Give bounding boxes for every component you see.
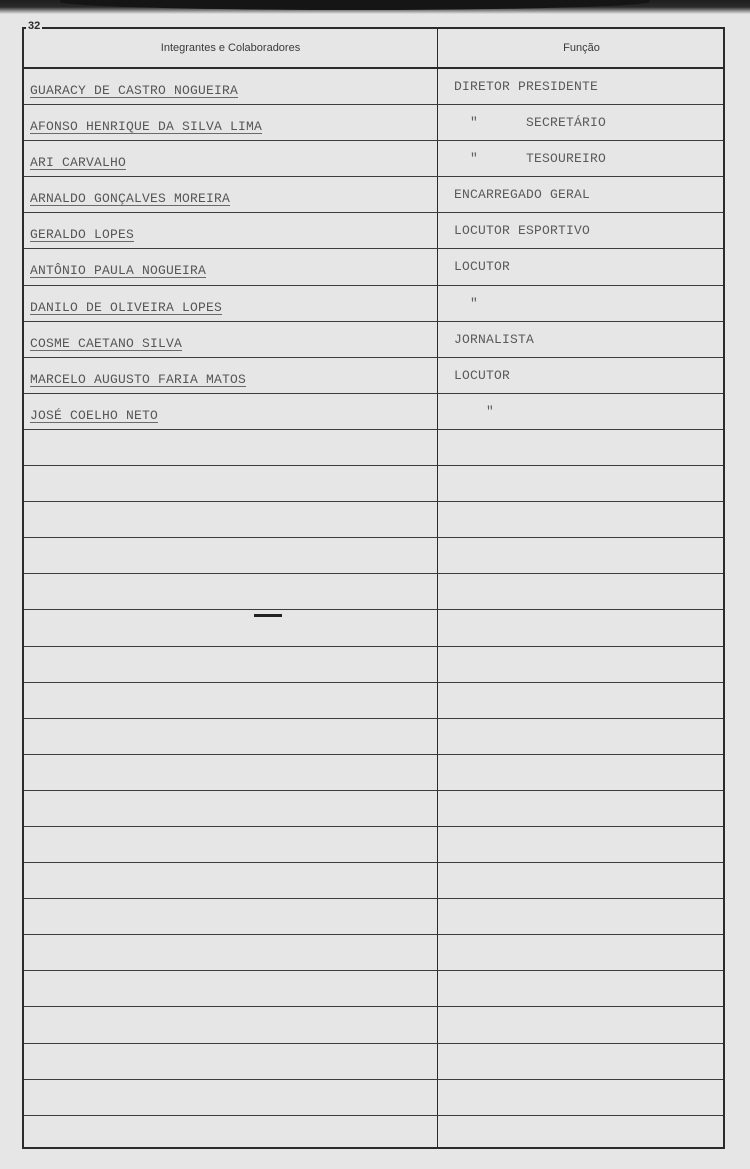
member-name: DANILO DE OLIVEIRA LOPES [30, 300, 222, 315]
table-row [24, 538, 723, 574]
table-row: GUARACY DE CASTRO NOGUEIRADIRETOR PRESID… [24, 69, 723, 105]
table-row [24, 719, 723, 755]
table-row [24, 863, 723, 899]
member-name: ANTÔNIO PAULA NOGUEIRA [30, 263, 206, 278]
member-function: DIRETOR PRESIDENTE [454, 79, 598, 94]
table-row: DANILO DE OLIVEIRA LOPES " [24, 286, 723, 322]
table-header: Integrantes e Colaboradores Função [24, 29, 723, 69]
table-row [24, 574, 723, 610]
table-row [24, 683, 723, 719]
table-row: GERALDO LOPESLOCUTOR ESPORTIVO [24, 213, 723, 249]
table-row: ANTÔNIO PAULA NOGUEIRALOCUTOR [24, 249, 723, 285]
table-row [24, 935, 723, 971]
member-name: MARCELO AUGUSTO FARIA MATOS [30, 372, 246, 387]
member-function: " [454, 404, 494, 419]
table-row [24, 610, 723, 646]
member-function: " [454, 296, 478, 311]
member-function: " SECRETÁRIO [454, 115, 606, 130]
member-function: LOCUTOR [454, 259, 510, 274]
table-row [24, 971, 723, 1007]
table-row: COSME CAETANO SILVAJORNALISTA [24, 322, 723, 358]
table-row [24, 791, 723, 827]
table-row: ARNALDO GONÇALVES MOREIRAENCARREGADO GER… [24, 177, 723, 213]
header-funcao: Função [438, 42, 725, 54]
table-row [24, 466, 723, 502]
table-row: JOSÉ COELHO NETO " [24, 394, 723, 430]
table-row [24, 1080, 723, 1116]
table-row [24, 647, 723, 683]
member-name: GUARACY DE CASTRO NOGUEIRA [30, 83, 238, 98]
table-row: ARI CARVALHO " TESOUREIRO [24, 141, 723, 177]
table-row [24, 827, 723, 863]
table-row [24, 1116, 723, 1152]
table-body: GUARACY DE CASTRO NOGUEIRADIRETOR PRESID… [24, 69, 723, 1152]
ink-mark [254, 614, 282, 617]
member-function: LOCUTOR ESPORTIVO [454, 223, 590, 238]
member-name: GERALDO LOPES [30, 227, 134, 242]
table-row [24, 755, 723, 791]
header-integrantes: Integrantes e Colaboradores [24, 42, 437, 54]
table-row: MARCELO AUGUSTO FARIA MATOSLOCUTOR [24, 358, 723, 394]
table-row: AFONSO HENRIQUE DA SILVA LIMA " SECRETÁR… [24, 105, 723, 141]
table-row [24, 899, 723, 935]
member-name: ARI CARVALHO [30, 155, 126, 170]
table-row [24, 1044, 723, 1080]
members-table: Integrantes e Colaboradores Função GUARA… [22, 27, 725, 1149]
table-row [24, 430, 723, 466]
scan-top-shadow [0, 0, 750, 14]
member-name: AFONSO HENRIQUE DA SILVA LIMA [30, 119, 262, 134]
member-function: JORNALISTA [454, 332, 534, 347]
member-name: ARNALDO GONÇALVES MOREIRA [30, 191, 230, 206]
member-function: ENCARREGADO GERAL [454, 187, 590, 202]
member-name: COSME CAETANO SILVA [30, 336, 182, 351]
member-function: LOCUTOR [454, 368, 510, 383]
table-row [24, 502, 723, 538]
member-function: " TESOUREIRO [454, 151, 606, 166]
member-name: JOSÉ COELHO NETO [30, 408, 158, 423]
page-number: 32 [26, 20, 42, 32]
table-row [24, 1007, 723, 1043]
